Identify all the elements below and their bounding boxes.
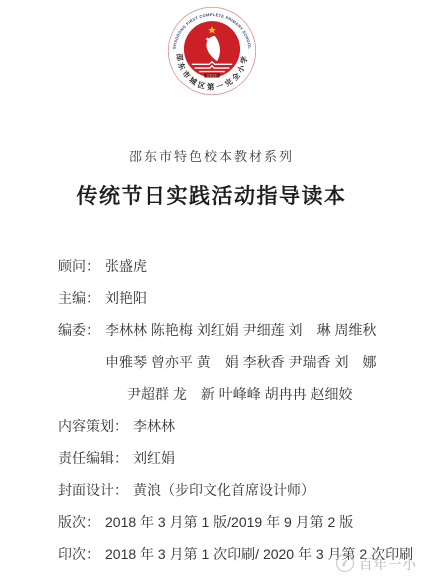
credits-block: 顾问： 张盛虎 主编： 刘艳阳 编委： 李林林 陈艳梅 刘红娟 尹细莲 刘 琳 … [58,250,409,570]
watermark-emblem-icon [335,553,355,573]
school-logo: SHAODONG FIRST COMPLETE PRIMARY SCHOOL 1… [166,5,258,97]
sail-dot [206,38,209,41]
credit-label: 封面设计： [58,474,128,506]
credit-row-advisor: 顾问： 张盛虎 [58,250,409,282]
watermark: 百年一小 [335,553,417,573]
credit-row-chief-editor: 主编： 刘艳阳 [58,282,409,314]
credit-row-edition: 版次： 2018 年 3 月第 1 版/2019 年 9 月第 2 版 [58,506,409,538]
credit-label: 编委： [58,314,100,346]
school-emblem-graphic: SHAODONG FIRST COMPLETE PRIMARY SCHOOL 1… [166,5,258,97]
credit-label: 版次： [58,506,100,538]
credit-value: 刘艳阳 [105,282,147,314]
book-title: 传统节日实践活动指导读本 [0,180,423,210]
credit-value: 刘红娟 [133,442,175,474]
watermark-text: 百年一小 [359,553,417,573]
credit-label: 顾问： [58,250,100,282]
board-names-line: 李林林 陈艳梅 刘红娟 尹细莲 刘 琳 周维秋 [105,314,376,346]
credit-label: 责任编辑： [58,442,128,474]
book-credits-page: SHAODONG FIRST COMPLETE PRIMARY SCHOOL 1… [0,0,423,579]
board-names-line: 申雅琴 曾亦平 黄 娟 李秋香 尹瑞香 刘 娜 [105,346,376,378]
credit-label: 印次： [58,538,100,570]
editorial-board-names: 李林林 陈艳梅 刘红娟 尹细莲 刘 琳 周维秋 申雅琴 曾亦平 黄 娟 李秋香 … [105,314,376,410]
emblem-year: 1913 [207,74,217,78]
credit-row-content-planner: 内容策划： 李林林 [58,410,409,442]
credit-value: 张盛虎 [105,250,147,282]
credit-row-editorial-board: 编委： 李林林 陈艳梅 刘红娟 尹细莲 刘 琳 周维秋 申雅琴 曾亦平 黄 娟 … [58,314,409,410]
credit-label: 主编： [58,282,100,314]
credit-row-responsible-editor: 责任编辑： 刘红娟 [58,442,409,474]
credit-value: 黄浪（步印文化首席设计师） [133,474,315,506]
credit-value: 2018 年 3 月第 1 版/2019 年 9 月第 2 版 [105,506,353,538]
credit-row-cover-design: 封面设计： 黄浪（步印文化首席设计师） [58,474,409,506]
credit-value: 李林林 [133,410,175,442]
board-names-line: 尹超群 龙 新 叶峰峰 胡冉冉 赵细姣 [105,378,376,410]
series-title: 邵东市特色校本教材系列 [0,146,423,165]
credit-label: 内容策划： [58,410,128,442]
